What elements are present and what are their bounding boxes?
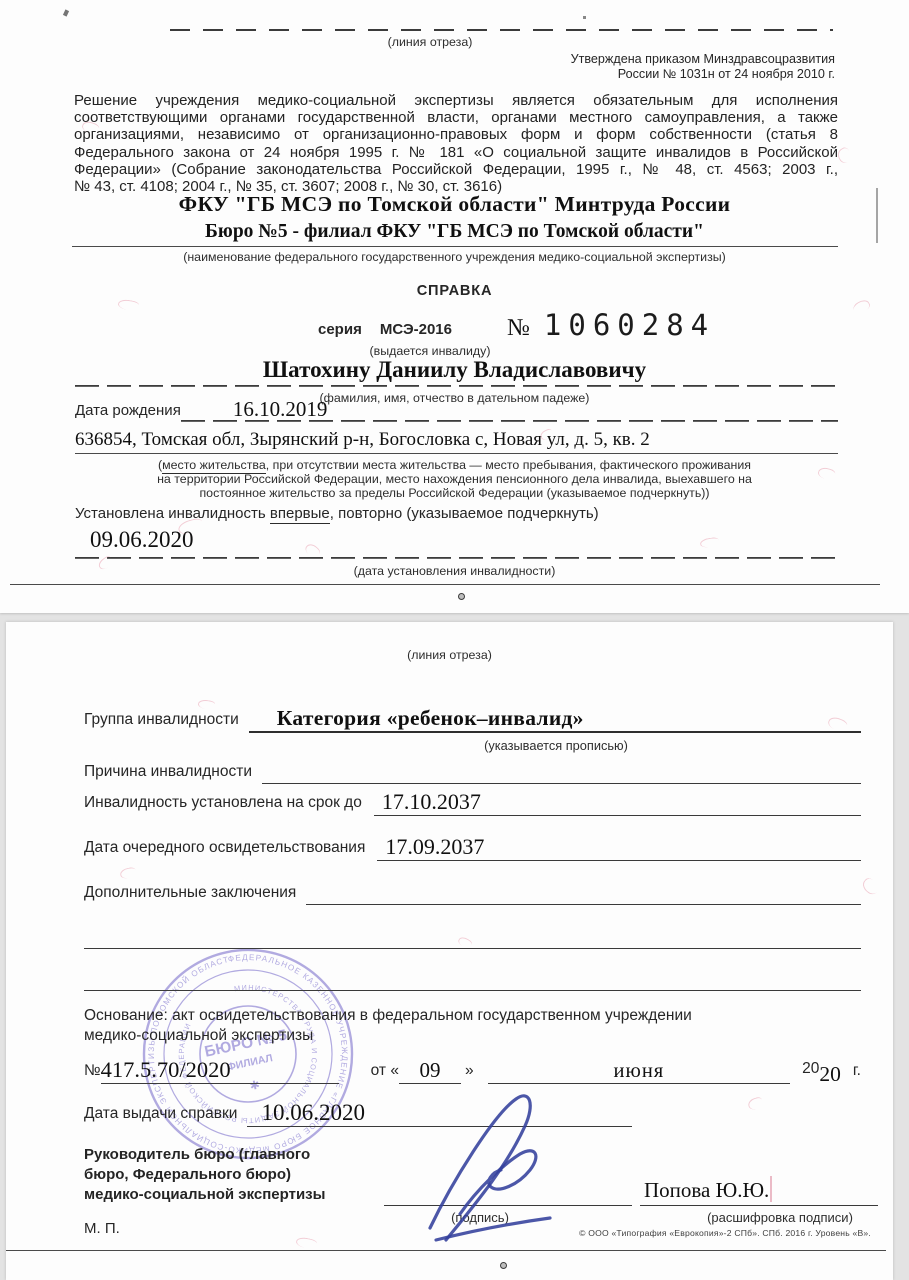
disability-group-row: Группа инвалидности Категория «ребенок–и… bbox=[84, 695, 861, 733]
term-label: Инвалидность установлена на срок до bbox=[84, 794, 362, 816]
head-label-line1: Руководитель бюро (главного bbox=[84, 1145, 404, 1165]
blank-line-2 bbox=[84, 964, 861, 991]
established-suffix: , повторно (указываемое подчеркнуть) bbox=[330, 505, 599, 522]
scan-speck bbox=[583, 16, 586, 19]
blank-line-1 bbox=[84, 922, 861, 949]
series-value: МСЭ-2016 bbox=[380, 321, 452, 342]
registration-dot bbox=[458, 593, 465, 600]
additional-label: Дополнительные заключения bbox=[84, 884, 296, 905]
basis-line2: медико-социальной экспертизы bbox=[84, 1026, 861, 1046]
page2-bottom-line bbox=[6, 1250, 886, 1251]
act-year-filled: 20 bbox=[819, 1062, 841, 1087]
act-from-label: от « bbox=[371, 1062, 399, 1084]
basis-text: Основание: акт освидетельствования в фед… bbox=[84, 1006, 861, 1046]
term-line: 17.10.2037 bbox=[374, 780, 861, 816]
intro-line: Решение учреждения медико-социальной экс… bbox=[74, 92, 838, 109]
intro-paragraph: Решение учреждения медико-социальной экс… bbox=[74, 92, 838, 195]
signer-caption: (расшифровка подписи) bbox=[670, 1210, 890, 1225]
org-name-caption: (наименование федерального государственн… bbox=[0, 250, 909, 264]
signer-name-line: Попова Ю.Ю. bbox=[640, 1178, 878, 1206]
act-number-value: 417.5.70/2020 bbox=[101, 1057, 231, 1083]
head-label-line3: медико-социальной экспертизы bbox=[84, 1185, 404, 1205]
established-date-caption: (дата установления инвалидности) bbox=[0, 564, 909, 578]
org-name-line1: ФКУ "ГБ МСЭ по Томской области" Минтруда… bbox=[0, 192, 909, 217]
head-of-bureau-label: Руководитель бюро (главного бюро, Федера… bbox=[84, 1145, 404, 1205]
intro-line: Федерального закона от 24 ноября 1995 г.… bbox=[74, 144, 838, 161]
act-close-quote: » bbox=[461, 1062, 474, 1084]
next-exam-line: 17.09.2037 bbox=[377, 825, 861, 861]
series-label: серия bbox=[318, 321, 362, 342]
intro-line: организациями, независимо от организацио… bbox=[74, 126, 838, 143]
additional-row: Дополнительные заключения bbox=[84, 881, 861, 905]
established-prefix: Установлена инвалидность bbox=[75, 505, 270, 522]
disability-group-value: Категория «ребенок–инвалид» bbox=[249, 706, 584, 731]
act-year-printed: 20 bbox=[790, 1060, 819, 1084]
number-sign: № bbox=[507, 315, 530, 342]
registration-dot bbox=[500, 1262, 507, 1269]
certificate-front-page: (линия отреза) Утверждена приказом Минзд… bbox=[0, 0, 909, 613]
additional-line bbox=[306, 881, 861, 905]
head-label-line2: бюро, Федерального бюро) bbox=[84, 1165, 404, 1185]
cut-line-caption: (линия отреза) bbox=[6, 648, 893, 662]
org-name-line2: Бюро №5 - филиал ФКУ "ГБ МСЭ по Томской … bbox=[0, 221, 909, 243]
act-number-line: 417.5.70/2020 bbox=[101, 1052, 339, 1084]
scan-speck bbox=[63, 9, 69, 16]
cut-line-dashes bbox=[170, 29, 833, 31]
cut-line-caption: (линия отреза) bbox=[300, 35, 560, 49]
act-month-value: июня bbox=[614, 1060, 665, 1083]
act-number-sign: № bbox=[84, 1062, 101, 1084]
scanned-disability-certificate: { "colors": { "stamp_purple": "#6c5fc7",… bbox=[0, 0, 909, 1280]
address-value: 636854, Томская обл, Зырянский р-н, Бого… bbox=[75, 429, 838, 451]
act-month-line: июня bbox=[488, 1052, 791, 1084]
approval-note-line2: России № 1031н от 24 ноября 2010 г. bbox=[470, 67, 835, 82]
handwritten-signature bbox=[402, 1090, 582, 1245]
issue-date-value: 10.06.2020 bbox=[247, 1100, 365, 1126]
established-date-line bbox=[75, 534, 838, 559]
established-line: Установлена инвалидность впервые, повтор… bbox=[75, 505, 599, 522]
next-exam-value: 17.09.2037 bbox=[377, 834, 484, 860]
disability-group-line: Категория «ребенок–инвалид» bbox=[249, 695, 861, 733]
birth-date-label: Дата рождения bbox=[75, 402, 181, 422]
residence-note-line1: (место жительства, при отсутствии места … bbox=[0, 458, 909, 472]
basis-line1: Основание: акт освидетельствования в фед… bbox=[84, 1006, 861, 1026]
signer-name: Попова Ю.Ю. bbox=[640, 1178, 769, 1202]
page1-bottom-line bbox=[10, 584, 880, 585]
intro-line: соответствующими органами государственно… bbox=[74, 109, 838, 126]
residence-note-line1-rest: , при отсутствии места жительства — мест… bbox=[266, 458, 751, 472]
recipient-name-underline bbox=[75, 362, 838, 387]
org-name-underline bbox=[72, 246, 838, 247]
term-value: 17.10.2037 bbox=[374, 789, 481, 815]
certificate-back-page: (линия отреза) ФЕДЕРАЛЬНОЕ КАЗЕННОЕ УЧРЕ… bbox=[6, 622, 893, 1280]
term-row: Инвалидность установлена на срок до 17.1… bbox=[84, 780, 861, 816]
doc-title: СПРАВКА bbox=[0, 283, 909, 299]
act-day-value: 09 bbox=[419, 1058, 440, 1083]
birth-date-row: Дата рождения 16.10.2019 bbox=[75, 396, 838, 422]
act-day-line: 09 bbox=[399, 1052, 461, 1084]
next-exam-label: Дата очередного освидетельствования bbox=[84, 839, 365, 861]
residence-note: (место жительства, при отсутствии места … bbox=[0, 458, 909, 501]
birth-date-value: 16.10.2019 bbox=[181, 397, 328, 422]
issue-date-label: Дата выдачи справки bbox=[84, 1105, 237, 1127]
next-exam-row: Дата очередного освидетельствования 17.0… bbox=[84, 825, 861, 861]
address-underline bbox=[75, 453, 838, 454]
birth-date-line: 16.10.2019 bbox=[181, 396, 838, 422]
approval-note-line1: Утверждена приказом Минздравсоцразвития bbox=[470, 52, 835, 67]
disability-group-caption: (указывается прописью) bbox=[306, 738, 806, 753]
intro-line: Федерации» (Собрание законодательства Ро… bbox=[74, 161, 838, 178]
established-underlined: впервые bbox=[270, 505, 330, 524]
act-year-suffix: г. bbox=[841, 1062, 861, 1084]
residence-note-line3: постоянное жительство за пределы Российс… bbox=[0, 486, 909, 500]
series-number-row: серия МСЭ-2016 № 1060284 bbox=[318, 308, 715, 342]
act-number-row: № 417.5.70/2020 от « 09 » июня 20 20 г. bbox=[84, 1052, 861, 1084]
residence-note-line2: на территории Российской Федерации, мест… bbox=[0, 472, 909, 486]
certificate-number: 1060284 bbox=[544, 308, 715, 342]
disability-group-label: Группа инвалидности bbox=[84, 711, 239, 733]
approval-note: Утверждена приказом Минздравсоцразвития … bbox=[470, 52, 835, 81]
seal-place-mark: М. П. bbox=[84, 1220, 120, 1237]
issued-caption: (выдается инвалиду) bbox=[280, 344, 580, 358]
